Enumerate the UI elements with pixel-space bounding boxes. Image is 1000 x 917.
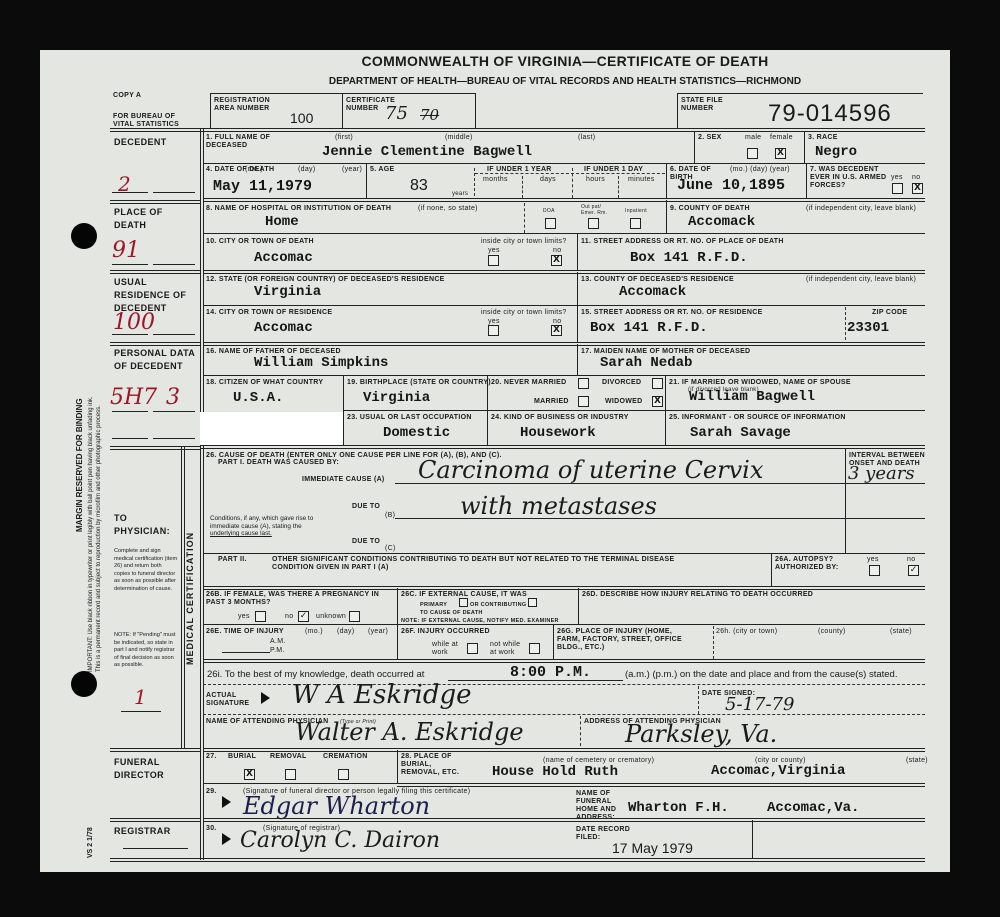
date-of-death: May 11,1979 xyxy=(213,178,312,195)
residence-city-limits-yes-checkbox[interactable] xyxy=(488,325,499,336)
residence-county: Accomack xyxy=(619,284,686,300)
autopsy-yes-checkbox[interactable] xyxy=(869,565,880,576)
margin-reserved-label: MARGIN RESERVED FOR BINDING xyxy=(75,398,84,532)
pregnancy-no-checkbox[interactable]: ✓ xyxy=(298,611,309,622)
margin-code-personal-1: 5H7 xyxy=(110,385,157,410)
margin-important-1: IMPORTANT: Use black ribbon in typewrite… xyxy=(88,396,94,672)
f1-label: 1. FULL NAME OF DECEASED xyxy=(206,134,276,150)
death-city-limits-no-checkbox[interactable]: X xyxy=(551,255,562,266)
certificate-number-struck: 70 xyxy=(420,106,439,124)
registrar-signature: Carolyn C. Dairon xyxy=(240,828,440,853)
funeral-director-signature: Edgar Wharton xyxy=(243,792,430,820)
margin-code-place: 91 xyxy=(112,238,140,263)
armed-forces-no-checkbox[interactable]: X xyxy=(912,183,923,194)
pregnancy-yes-checkbox[interactable] xyxy=(255,611,266,622)
business-industry: Housework xyxy=(520,425,596,441)
zip-code: 23301 xyxy=(847,320,889,336)
doa-checkbox[interactable] xyxy=(545,218,556,229)
copy-for-label: FOR BUREAU OF VITAL STATISTICS xyxy=(113,113,198,129)
date-signed: 5-17-79 xyxy=(725,694,794,715)
residence-city-limits-no-checkbox[interactable]: X xyxy=(551,325,562,336)
registration-area-number: 100 xyxy=(290,110,313,126)
removal-checkbox[interactable] xyxy=(285,769,296,780)
registration-area-label: REGISTRATION AREA NUMBER xyxy=(214,97,284,113)
date-of-birth: June 10,1895 xyxy=(677,177,785,194)
section-to-physician: TO PHYSICIAN: xyxy=(114,512,180,538)
never-married-checkbox[interactable] xyxy=(578,378,589,389)
margin-code-personal-2: 3 xyxy=(166,385,180,410)
redacted-ssn xyxy=(200,412,343,446)
sex-female-checkbox[interactable]: X xyxy=(775,148,786,159)
certificate-title: COMMONWEALTH OF VIRGINIA—CERTIFICATE OF … xyxy=(200,53,930,69)
father-name: William Simpkins xyxy=(254,355,388,371)
occupation: Domestic xyxy=(383,425,450,441)
certificate-number: 75 xyxy=(385,103,408,124)
state-file-label: STATE FILE NUMBER xyxy=(681,97,731,113)
cause-b: with metastases xyxy=(460,492,657,520)
external-contributing-checkbox[interactable] xyxy=(528,598,537,607)
city-of-death: Accomac xyxy=(254,250,313,266)
section-decedent: DECEDENT xyxy=(114,136,167,149)
funeral-home-name: Wharton F.H. xyxy=(628,800,729,816)
burial-city: Accomac,Virginia xyxy=(711,763,845,779)
cause-a: Carcinoma of uterine Cervix xyxy=(418,456,763,484)
state-file-number: 79-014596 xyxy=(768,100,892,128)
armed-forces-yes-checkbox[interactable] xyxy=(892,183,903,194)
autopsy-no-checkbox[interactable]: ✓ xyxy=(908,565,919,576)
signature-arrow-icon xyxy=(261,692,270,704)
margin-important-2: This is a permanent record and subject t… xyxy=(96,405,102,672)
decedent-full-name: Jennie Clementine Bagwell xyxy=(322,144,532,160)
injury-not-at-work-checkbox[interactable] xyxy=(529,643,540,654)
death-city-limits-yes-checkbox[interactable] xyxy=(488,255,499,266)
section-funeral-director: FUNERAL DIRECTOR xyxy=(114,756,194,782)
registrar-signature-arrow-icon xyxy=(222,833,231,845)
date-record-filed: 17 May 1979 xyxy=(612,840,693,856)
mother-maiden-name: Sarah Nedab xyxy=(600,355,692,371)
physician-note: NOTE: If "Pending" must be indicated, so… xyxy=(114,632,178,670)
physician-signature: W A Eskridge xyxy=(292,680,472,710)
outpatient-checkbox[interactable] xyxy=(588,218,599,229)
widowed-checkbox[interactable]: X xyxy=(652,396,663,407)
sex-male-checkbox[interactable] xyxy=(747,148,758,159)
residence-city: Accomac xyxy=(254,320,313,336)
injury-while-at-work-checkbox[interactable] xyxy=(467,643,478,654)
punch-hole xyxy=(71,223,97,249)
spouse-name: William Bagwell xyxy=(689,389,815,405)
punch-hole xyxy=(71,671,97,697)
divorced-checkbox[interactable] xyxy=(652,378,663,389)
burial-checkbox[interactable]: X xyxy=(244,769,255,780)
section-medical-certification: MEDICAL CERTIFICATION xyxy=(185,532,195,665)
residence-address: Box 141 R.F.D. xyxy=(590,320,708,336)
margin-code-residence: 100 xyxy=(113,310,155,335)
interval-onset: 3 years xyxy=(848,463,915,484)
form-code: VS 2 1/78 xyxy=(87,827,94,858)
county-of-death: Accomack xyxy=(688,214,755,230)
physician-instructions: Complete and sign medical certification … xyxy=(114,548,178,593)
funeral-signature-arrow-icon xyxy=(222,796,231,808)
attending-physician-name: Walter A. Eskridge xyxy=(295,718,524,746)
margin-code-physician: 1 xyxy=(134,685,147,709)
certificate-subtitle: DEPARTMENT OF HEALTH—BUREAU OF VITAL REC… xyxy=(200,76,930,87)
informant: Sarah Savage xyxy=(690,425,791,441)
race-value: Negro xyxy=(815,144,857,160)
birthplace: Virginia xyxy=(363,390,430,406)
copy-label: COPY A xyxy=(113,92,141,100)
section-place-of-death: PLACE OF DEATH xyxy=(114,206,194,232)
place-of-death-address: Box 141 R.F.D. xyxy=(630,250,748,266)
inpatient-checkbox[interactable] xyxy=(630,218,641,229)
married-checkbox[interactable] xyxy=(578,396,589,407)
pregnancy-unknown-checkbox[interactable] xyxy=(349,611,360,622)
hospital-institution: Home xyxy=(265,214,299,230)
cremation-checkbox[interactable] xyxy=(338,769,349,780)
age-value: 83 xyxy=(410,177,428,195)
section-registrar: REGISTRAR xyxy=(114,825,171,838)
physician-address: Parksley, Va. xyxy=(625,720,777,748)
residence-state: Virginia xyxy=(254,284,321,300)
funeral-home-city: Accomac,Va. xyxy=(767,800,859,816)
place-of-burial: House Hold Ruth xyxy=(492,764,618,780)
citizenship: U.S.A. xyxy=(233,390,283,406)
external-primary-checkbox[interactable] xyxy=(459,598,468,607)
time-of-death: 8:00 P.M. xyxy=(510,664,591,681)
section-personal-data: PERSONAL DATA OF DECEDENT xyxy=(114,347,198,373)
